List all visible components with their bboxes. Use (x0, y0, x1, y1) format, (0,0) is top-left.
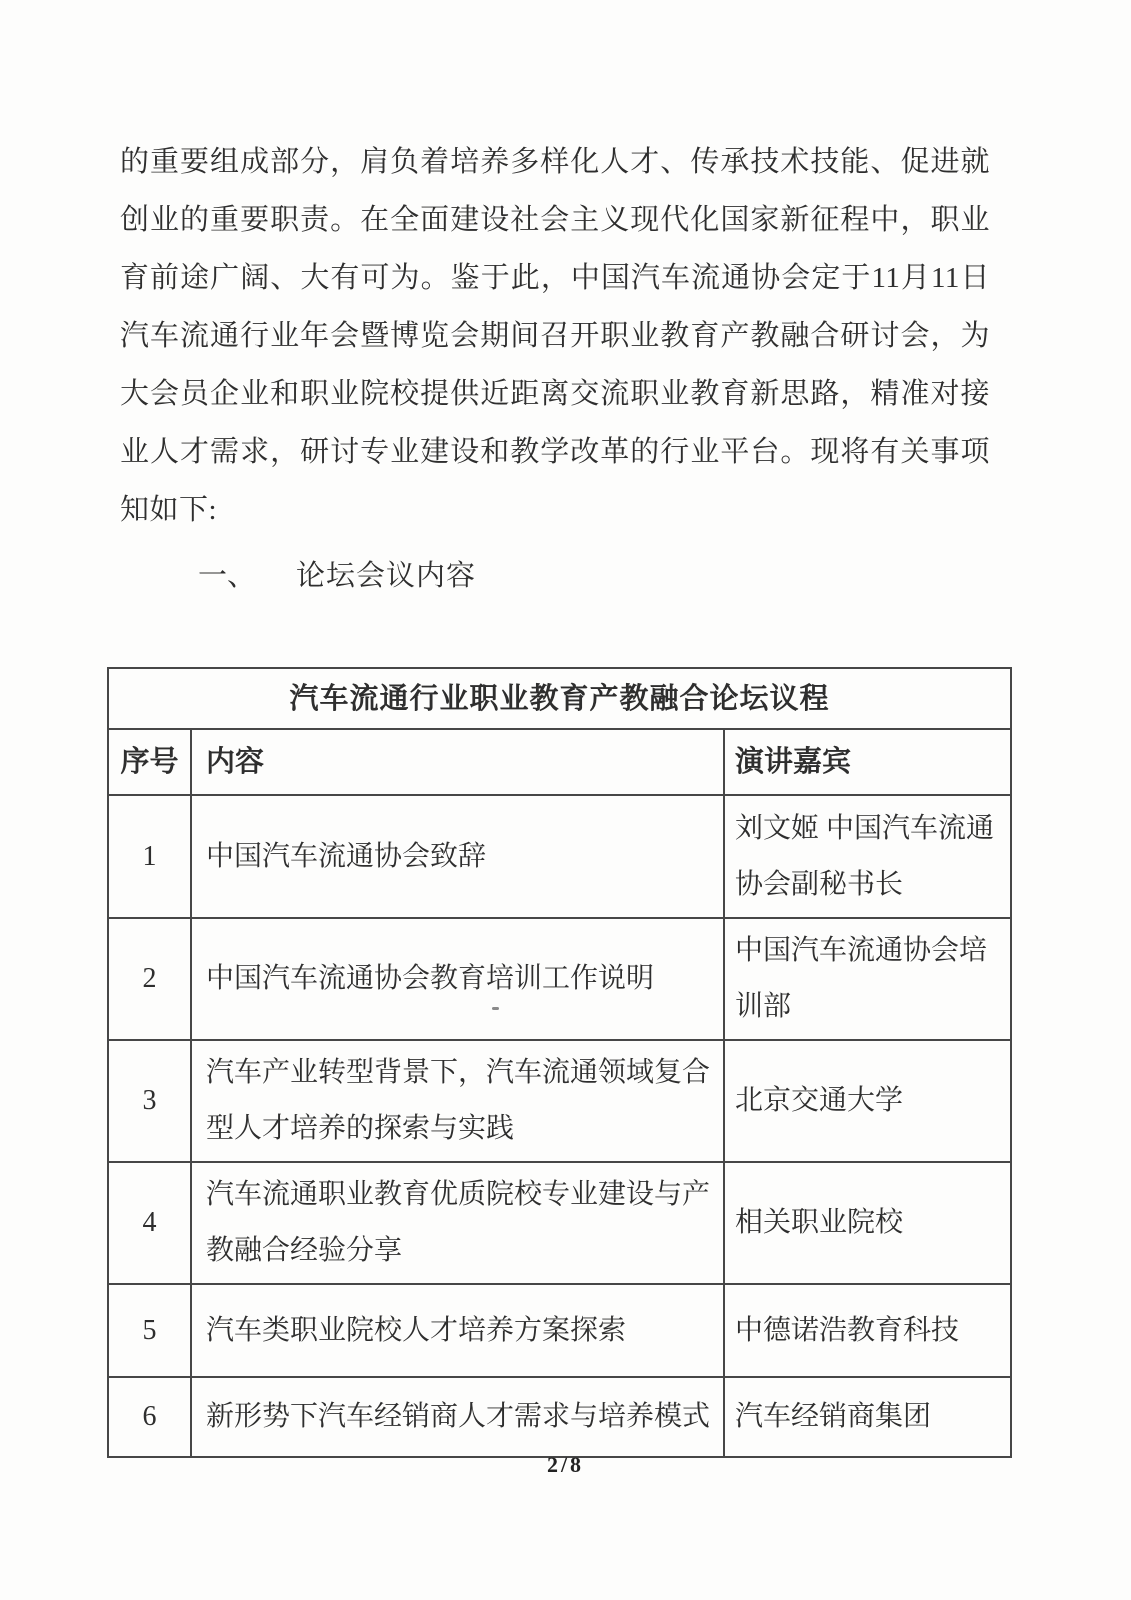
paragraph-line: 汽车流通行业年会暨博览会期间召开职业教育产教融合研讨会，为广 (120, 307, 990, 365)
document-page: 的重要组成部分，肩负着培养多样化人才、传承技术技能、促进就业 创业的重要职责。在… (0, 0, 1131, 1600)
column-header-no: 序号 (108, 729, 191, 795)
row-content: 中国汽车流通协会教育培训工作说明 (191, 918, 724, 1040)
column-header-content: 内容 (191, 729, 724, 795)
row-speaker: 北京交通大学 (724, 1040, 1011, 1162)
row-number: 2 (108, 918, 191, 1040)
section-title: 论坛会议内容 (296, 560, 476, 592)
row-content: 中国汽车流通协会致辞 (191, 795, 724, 918)
table-row: 4 汽车流通职业教育优质院校专业建设与产教融合经验分享 相关职业院校 (108, 1162, 1011, 1284)
row-speaker: 中德诺浩教育科技 (724, 1284, 1011, 1377)
paragraph-line: 知如下: (120, 481, 990, 539)
table-row: 3 汽车产业转型背景下，汽车流通领域复合型人才培养的探索与实践 北京交通大学 (108, 1040, 1011, 1162)
paragraph-line: 育前途广阔、大有可为。鉴于此，中国汽车流通协会定于11月11日在 (120, 249, 990, 307)
agenda-table: 汽车流通行业职业教育产教融合论坛议程 序号 内容 演讲嘉宾 1 中国汽车流通协会… (107, 667, 1012, 1458)
paragraph-line: 创业的重要职责。在全面建设社会主义现代化国家新征程中，职业教 (120, 191, 990, 249)
body-paragraph: 的重要组成部分，肩负着培养多样化人才、传承技术技能、促进就业 创业的重要职责。在… (120, 133, 990, 539)
row-number: 6 (108, 1377, 191, 1457)
row-content: 汽车类职业院校人才培养方案探索 (191, 1284, 724, 1377)
paragraph-line: 大会员企业和职业院校提供近距离交流职业教育新思路，精准对接产 (120, 365, 990, 423)
table-row: 5 汽车类职业院校人才培养方案探索 中德诺浩教育科技 (108, 1284, 1011, 1377)
row-number: 5 (108, 1284, 191, 1377)
row-content: 汽车流通职业教育优质院校专业建设与产教融合经验分享 (191, 1162, 724, 1284)
row-speaker: 刘文姬 中国汽车流通协会副秘书长 (724, 795, 1011, 918)
table-row: 2 中国汽车流通协会教育培训工作说明 中国汽车流通协会培训部 (108, 918, 1011, 1040)
table-header-row: 序号 内容 演讲嘉宾 (108, 729, 1011, 795)
table-row: 6 新形势下汽车经销商人才需求与培养模式 汽车经销商集团 (108, 1377, 1011, 1457)
row-speaker: 汽车经销商集团 (724, 1377, 1011, 1457)
table-title-row: 汽车流通行业职业教育产教融合论坛议程 (108, 668, 1011, 729)
section-heading: 一、论坛会议内容 (120, 547, 990, 605)
row-content: 新形势下汽车经销商人才需求与培养模式 (191, 1377, 724, 1457)
section-number: 一、 (198, 560, 256, 592)
scan-artifact (492, 1007, 499, 1010)
paragraph-line: 的重要组成部分，肩负着培养多样化人才、传承技术技能、促进就业 (120, 133, 990, 191)
paragraph-line: 业人才需求，研讨专业建设和教学改革的行业平台。现将有关事项通 (120, 423, 990, 481)
row-content: 汽车产业转型背景下，汽车流通领域复合型人才培养的探索与实践 (191, 1040, 724, 1162)
row-number: 4 (108, 1162, 191, 1284)
table-title: 汽车流通行业职业教育产教融合论坛议程 (108, 668, 1011, 729)
page-number: 2/8 (0, 1452, 1131, 1478)
row-speaker: 中国汽车流通协会培训部 (724, 918, 1011, 1040)
row-speaker: 相关职业院校 (724, 1162, 1011, 1284)
scan-border-gap (576, 1438, 599, 1447)
table-row: 1 中国汽车流通协会致辞 刘文姬 中国汽车流通协会副秘书长 (108, 795, 1011, 918)
row-number: 1 (108, 795, 191, 918)
column-header-speaker: 演讲嘉宾 (724, 729, 1011, 795)
row-number: 3 (108, 1040, 191, 1162)
